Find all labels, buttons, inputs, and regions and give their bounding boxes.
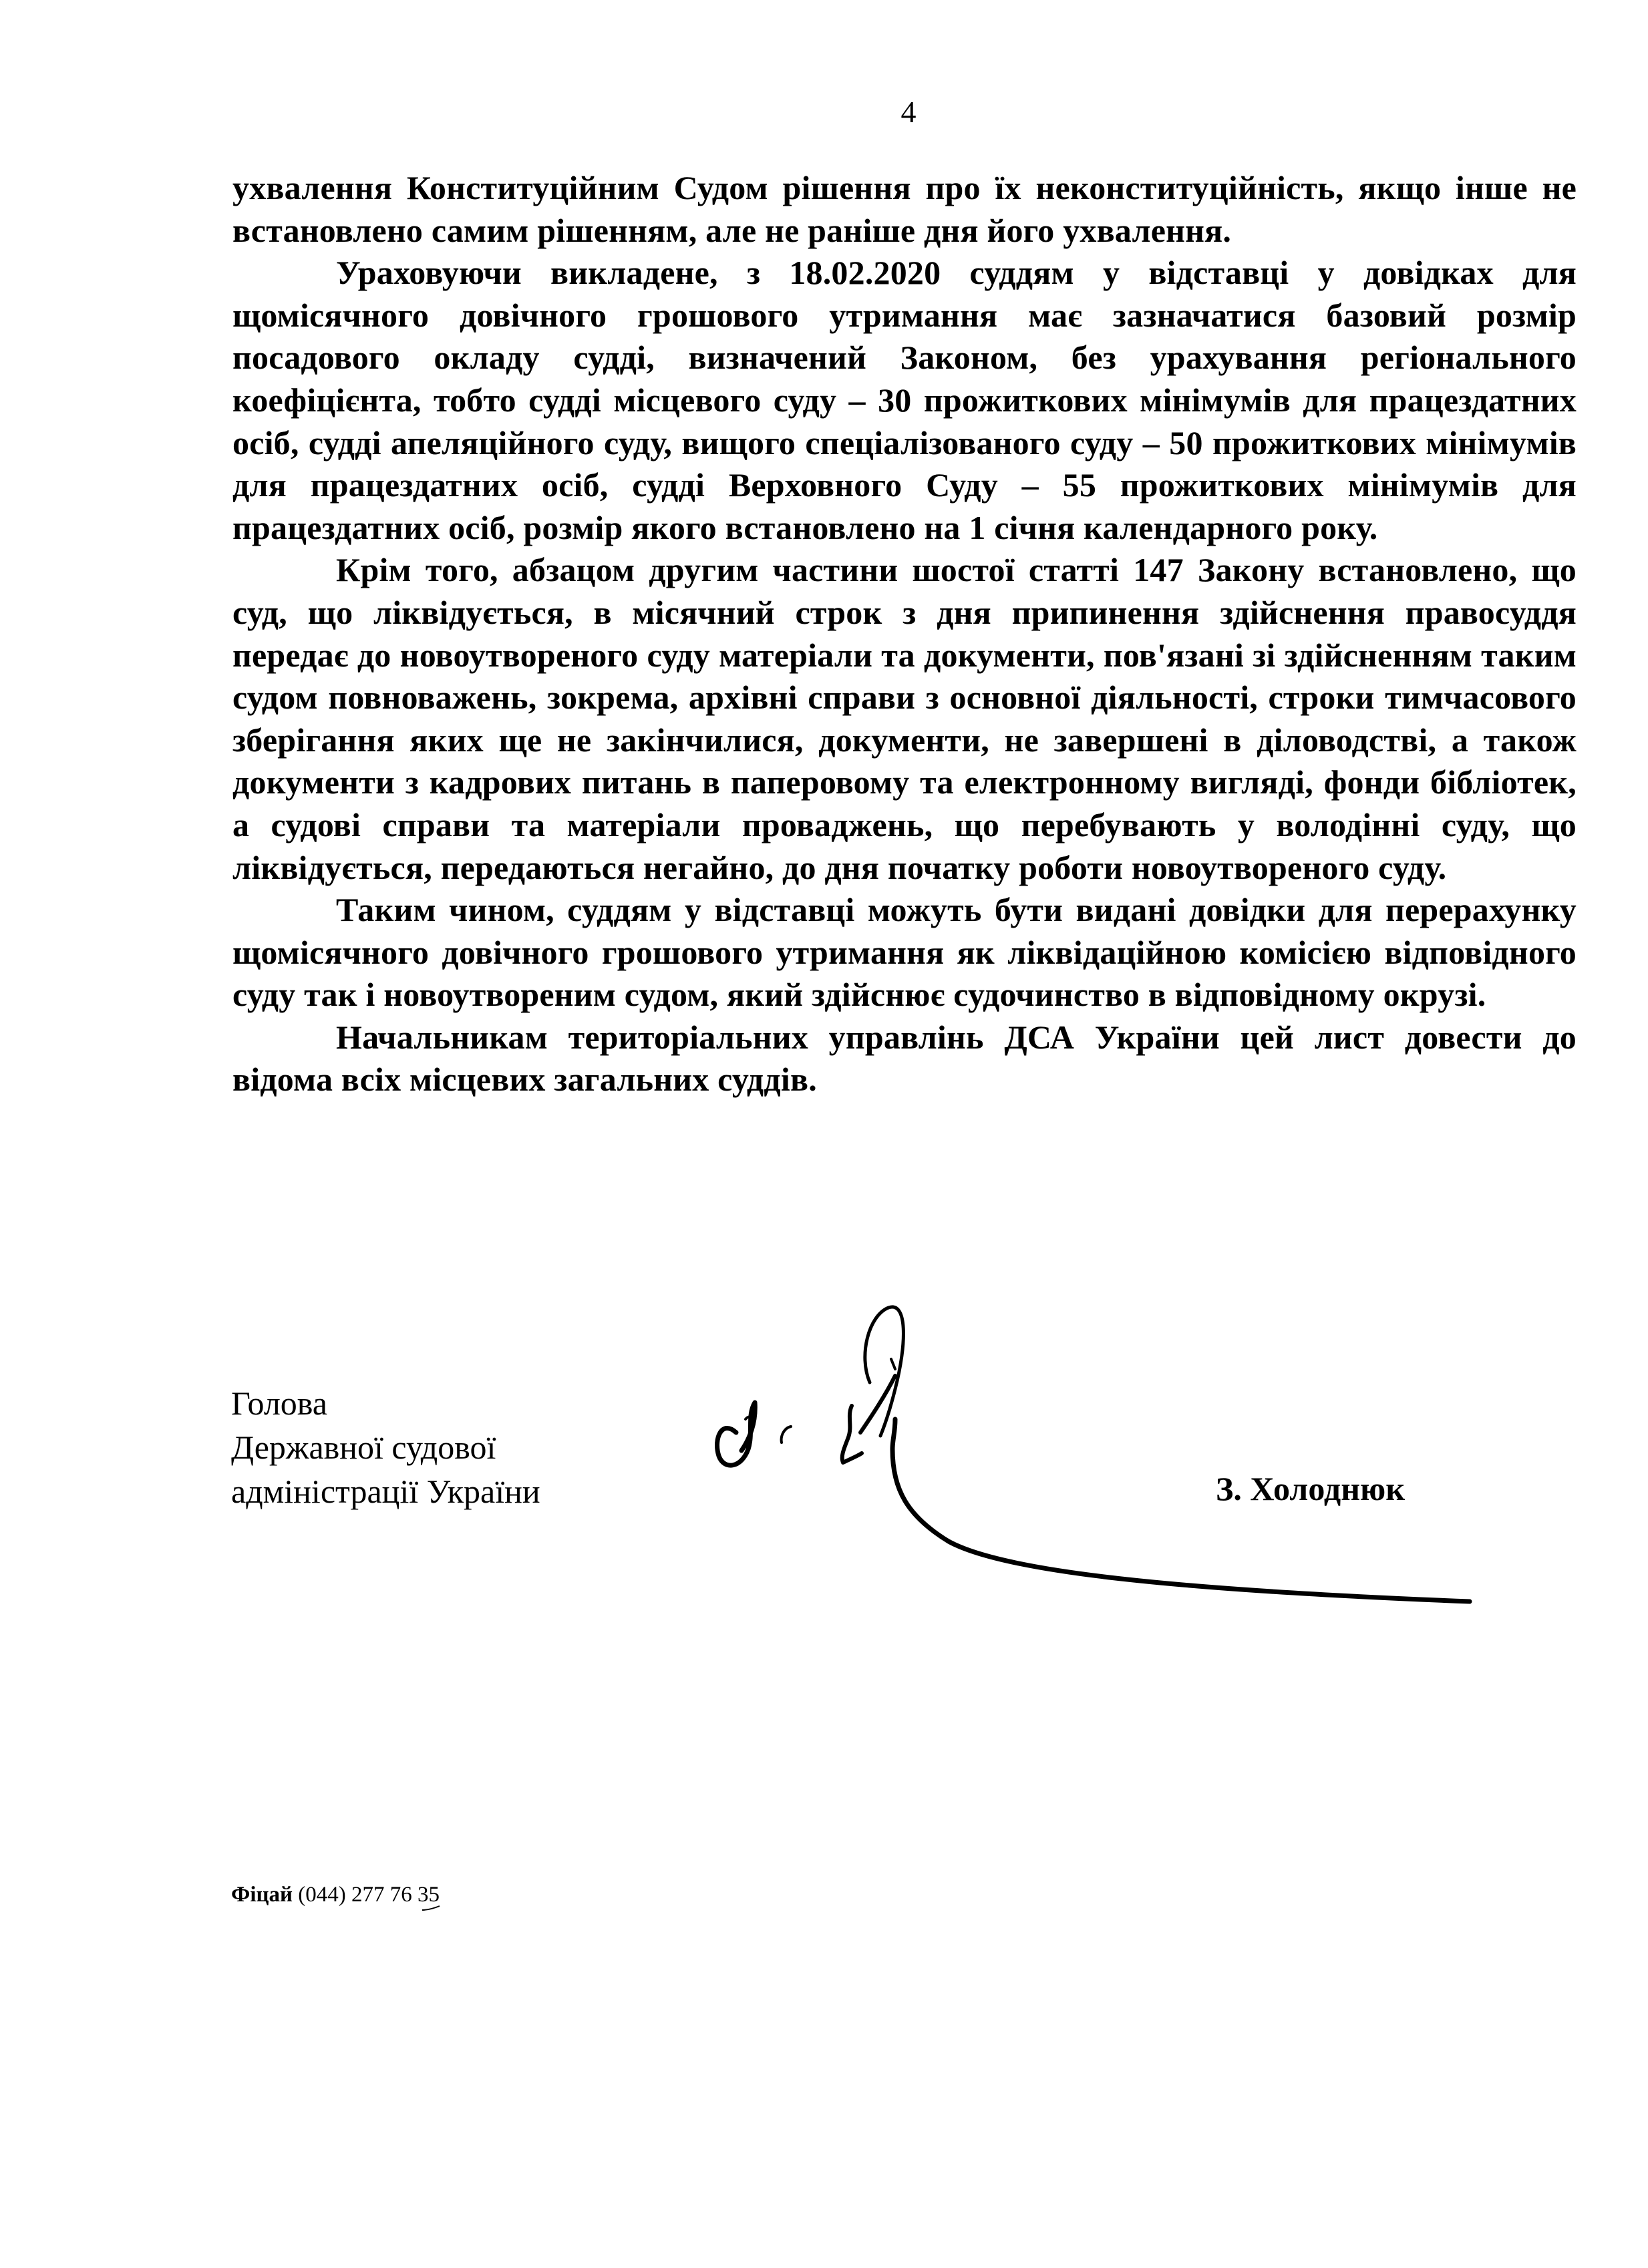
paragraph-2: Ураховуючи викладене, з 18.02.2020 суддя… bbox=[232, 252, 1577, 549]
executor-contact: Фіцай (044) 277 76 35 bbox=[231, 1880, 440, 1909]
signatory-title: Голова Державної судової адміністрації У… bbox=[231, 1381, 540, 1513]
paragraph-3: Крім того, абзацом другим частини шостої… bbox=[232, 549, 1577, 889]
signatory-title-line-1: Голова bbox=[231, 1381, 540, 1425]
handwritten-signature-icon bbox=[695, 1296, 1496, 1616]
executor-phone: (044) 277 76 35 bbox=[298, 1883, 440, 1907]
signatory-title-line-2: Державної судової bbox=[231, 1425, 540, 1469]
letter-body: ухвалення Конституційним Судом рішення п… bbox=[232, 167, 1577, 1101]
paragraph-4: Таким чином, суддям у відставці можуть б… bbox=[232, 889, 1577, 1016]
signatory-name: З. Холоднюк bbox=[1216, 1467, 1405, 1511]
paragraph-5: Начальникам територіальних управлінь ДСА… bbox=[232, 1016, 1577, 1101]
signatory-title-line-3: адміністрації України bbox=[231, 1469, 540, 1513]
document-page: 4 ухвалення Конституційним Судом рішення… bbox=[0, 0, 1648, 2268]
page-number: 4 bbox=[888, 92, 929, 132]
executor-name: Фіцай bbox=[231, 1883, 293, 1907]
pen-mark-icon bbox=[421, 1905, 441, 1911]
paragraph-1: ухвалення Конституційним Судом рішення п… bbox=[232, 167, 1577, 252]
